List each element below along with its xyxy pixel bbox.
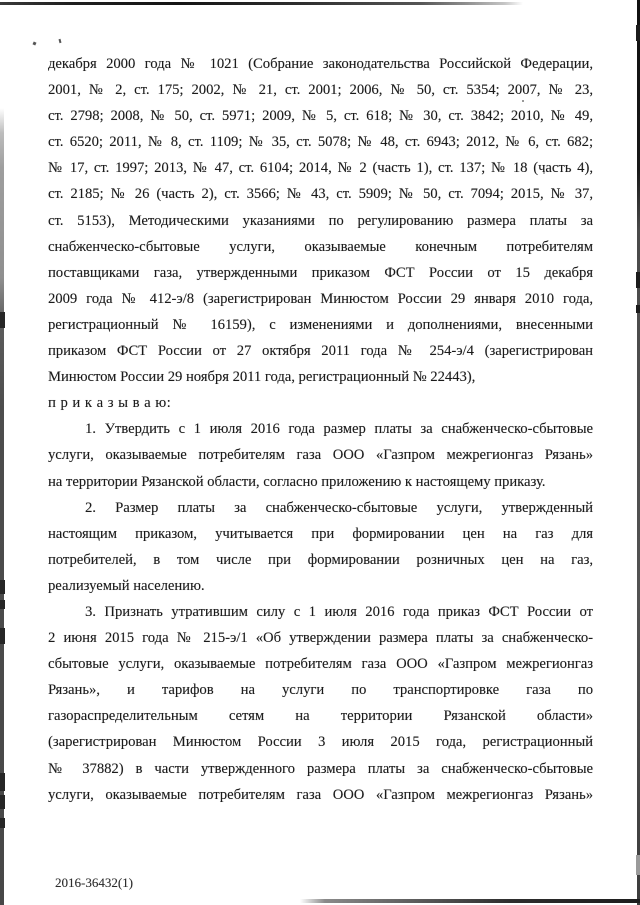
text-line: на территории Рязанской области, согласн…	[48, 469, 593, 495]
text-line: реализуемый населению.	[48, 573, 593, 599]
scan-artifact-tick	[636, 855, 640, 875]
scan-artifact-tick	[0, 628, 5, 644]
text-line: 2 июня 2015 года № 215-э/1 «Об утвержден…	[48, 625, 593, 651]
text-line: № 17, ст. 1997; 2013, № 47, ст. 6104; 20…	[48, 155, 593, 181]
text-line: сбытовые услуги, оказываемые потребителя…	[48, 651, 593, 677]
text-line: потребителей, в том числе при формирован…	[48, 547, 593, 573]
scanned-document-page: декабря 2000 года № 1021 (Собрание закон…	[0, 0, 640, 905]
text-line: регистрационный № 16159), с изменениями …	[48, 312, 593, 338]
text-line: декабря 2000 года № 1021 (Собрание закон…	[48, 51, 593, 77]
text-line: ст. 2798; 2008, № 50, ст. 5971; 2009, № …	[48, 103, 593, 129]
scan-artifact-tick	[0, 773, 5, 791]
order-item-2-line: 2. Размер платы за снабженческо-сбытовые…	[48, 495, 593, 521]
scan-artifact-top-edge	[0, 2, 523, 5]
text-line: ст. 5153), Методическими указаниями по р…	[48, 208, 593, 234]
scan-artifact-tick	[0, 580, 5, 594]
scan-artifact-speck	[59, 39, 62, 43]
text-line: ст. 6520; 2011, № 8, ст. 1109; № 35, ст.…	[48, 129, 593, 155]
text-line: настоящим приказом, учитывается при форм…	[48, 521, 593, 547]
scan-artifact-tick	[636, 25, 640, 41]
text-line: Рязань», и тарифов на услуги по транспор…	[48, 677, 593, 703]
text-line: 2009 года № 412-э/8 (зарегистрирован Мин…	[48, 286, 593, 312]
page-code: 2016-36432(1)	[55, 875, 133, 891]
prikazyvayu-line: п р и к а з ы в а ю:	[48, 390, 593, 416]
text-line: Минюстом России 29 ноября 2011 года, рег…	[48, 364, 593, 390]
scan-artifact-tick	[0, 312, 5, 328]
scan-artifact-tick	[0, 600, 5, 609]
text-line: снабженческо-сбытовые услуги, оказываемы…	[48, 234, 593, 260]
text-line: ст. 2185; № 26 (часть 2), ст. 3566; № 43…	[48, 181, 593, 207]
scan-artifact-left-edge	[0, 108, 4, 905]
scan-artifact-tick	[636, 305, 640, 313]
document-body: декабря 2000 года № 1021 (Собрание закон…	[48, 51, 593, 808]
order-item-1-line: 1. Утвердить с 1 июля 2016 года размер п…	[48, 416, 593, 442]
text-line: (зарегистрирован Минюстом России 3 июля …	[48, 729, 593, 755]
scan-artifact-bottom-edge	[300, 899, 640, 903]
order-item-3-line: 3. Признать утратившим силу с 1 июля 201…	[48, 599, 593, 625]
scan-artifact-tick	[0, 818, 5, 828]
text-line: приказом ФСТ России от 27 октября 2011 г…	[48, 338, 593, 364]
text-line: поставщиками газа, утвержденными приказо…	[48, 260, 593, 286]
text-line: услуги, оказываемые потребителям газа ОО…	[48, 782, 593, 808]
scan-artifact-tick	[0, 795, 5, 809]
text-line: № 37882) в части утвержденного размера п…	[48, 756, 593, 782]
scan-artifact-speck	[33, 42, 37, 46]
text-line: 2001, № 2, ст. 175; 2002, № 21, ст. 2001…	[48, 77, 593, 103]
text-line: услуги, оказываемые потребителям газа ОО…	[48, 442, 593, 468]
text-line: газораспределительным сетям на территори…	[48, 703, 593, 729]
scan-artifact-tick	[636, 272, 640, 288]
